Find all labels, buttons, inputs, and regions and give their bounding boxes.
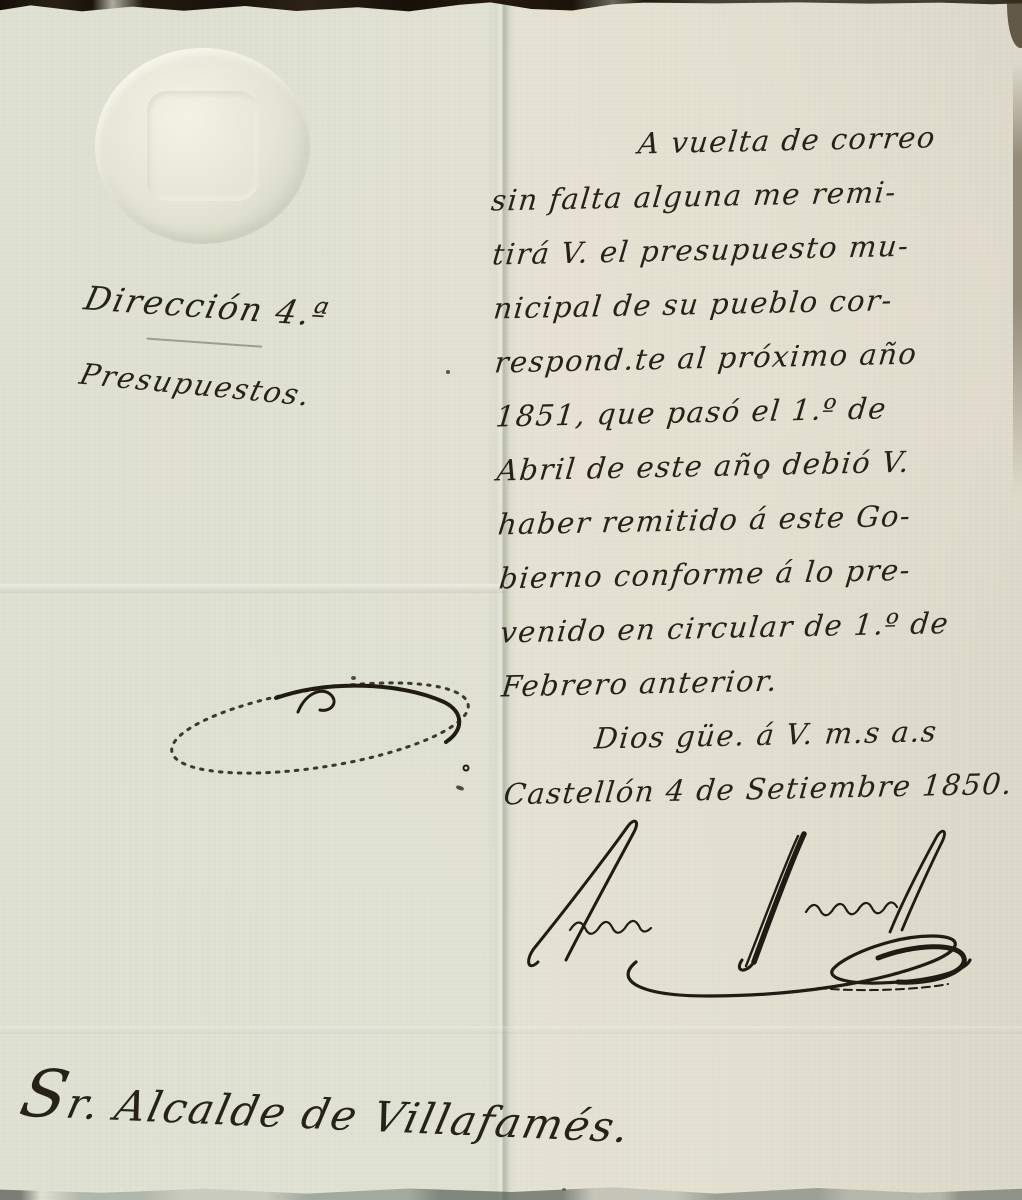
margin-annotation: Dirección 4.ª Presupuestos. [78,278,425,418]
recipient-address-line: Sr. Alcalde de Villafamés. [14,1055,641,1158]
horizontal-crease [0,584,506,593]
scan-corner-mark [1007,0,1022,48]
ink-speck [446,370,450,374]
letter-body: A vuelta de correo sin falta alguna me r… [490,109,1022,822]
margin-divider-line [146,338,262,348]
embossed-seal [95,48,310,244]
scan-edge-top [0,0,1022,12]
ink-speck [351,676,356,680]
margin-subject-line: Presupuestos. [76,357,422,423]
scan-edge-bottom [0,1184,1022,1200]
signature-flourish [518,812,1000,1004]
scan-edge-right-shadow [1013,64,1022,494]
embossed-seal-center [147,91,259,201]
paraph-oval-flourish [148,650,498,815]
margin-direction-line: Dirección 4.ª [81,278,429,340]
manuscript-letter-page: Dirección 4.ª Presupuestos. A vuelta de … [0,0,1022,1200]
ink-speck [757,474,763,479]
horizontal-crease [0,1026,1022,1034]
